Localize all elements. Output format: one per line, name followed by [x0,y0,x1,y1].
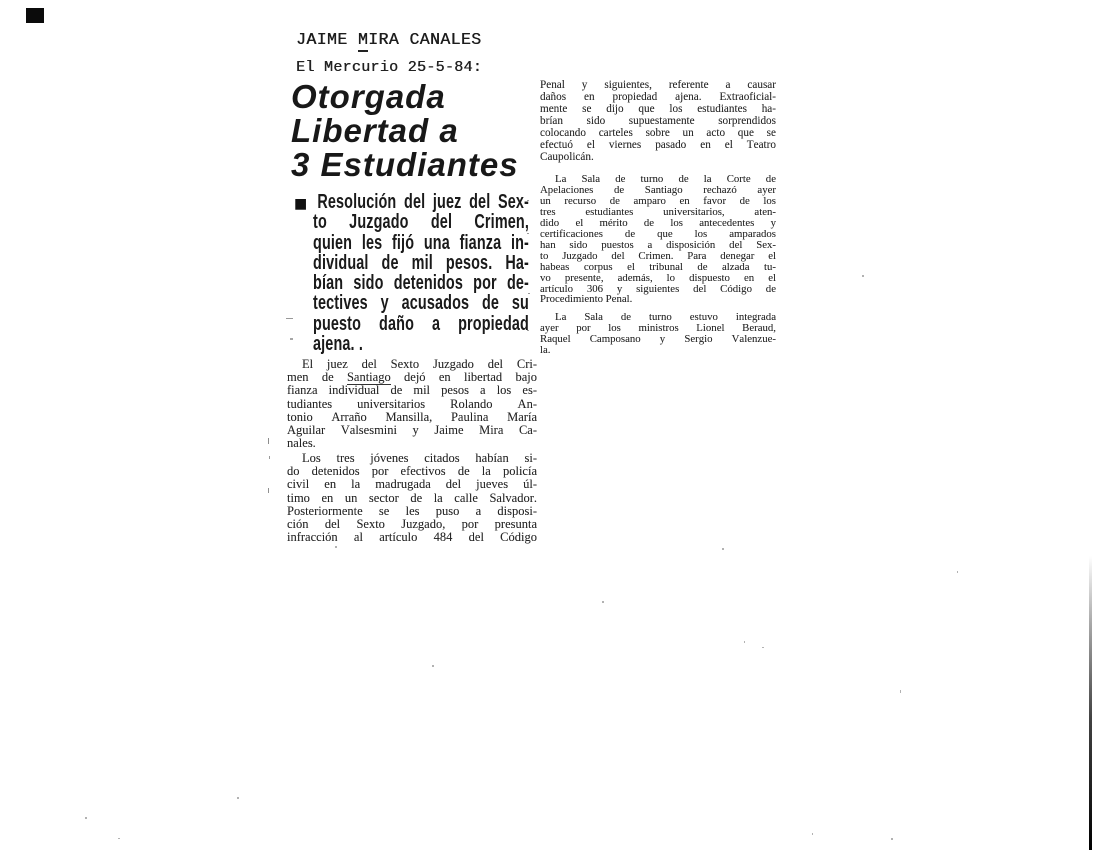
byline: JAIME MIRA CANALES [296,30,481,49]
lead-line: ajena. . [295,334,529,354]
body-line: daños en propiedad ajena. Extraoficial- [540,91,776,103]
byline-underlined-letter: M [358,30,368,52]
lead-line: Resolución del juez del Sex- [295,192,529,212]
scan-speck [528,293,530,294]
scan-speck [762,647,764,648]
lead-line: quien les fijó una fianza in- [295,233,529,253]
body-paragraph: La Sala de turno de la Corte de Apelacio… [540,174,776,305]
scan-speck [268,488,269,493]
scan-speck [527,330,529,331]
scan-speck [286,318,293,319]
body-paragraph: Los tres jóvenes citados habían si- do d… [287,452,537,544]
headline-line: 3 Estudiantes [291,148,519,182]
lead-line: to Juzgado del Crimen, [295,212,529,232]
scanned-newspaper-clipping: JAIME MIRA CANALES El Mercurio 25-5-84: … [0,0,1100,850]
body-line: Procedimiento Penal. [540,294,776,305]
body-line: timo en un sector de la calle Salvador. [287,492,537,505]
headline-line: Otorgada [291,80,519,114]
body-paragraph: El juez del Sexto Juzgado del Cri- men d… [287,358,537,450]
byline-text-pre: JAIME [296,30,358,49]
scan-speck [269,456,270,459]
body-line: la. [540,345,776,356]
body-paragraph: Penal y siguientes, referente a causar d… [540,79,776,163]
body-line: Penal y siguientes, referente a causar [540,79,776,91]
body-line: vo presente, además, lo dispuesto en el [540,273,776,284]
headline-line: Libertad a [291,114,519,148]
body-line: civil en la madrugada del jueves úl- [287,478,537,491]
body-text: dejó en libertad bajo [391,370,537,384]
lead-line: dividual de mil pesos. Ha- [295,253,529,273]
scan-speck [862,275,864,277]
lead-line: bían sido detenidos por de- [295,273,529,293]
scan-speck [118,838,120,839]
body-text: men de [287,370,347,384]
body-line: Raquel Camposano y Sergio Valenzue- [540,334,776,345]
scan-speck [900,690,901,693]
body-line: brían sido supuestamente sorprendidos [540,115,776,127]
body-line: tudiantes universitarios Rolando An- [287,398,537,411]
body-line: mente se dijo que los estudiantes ha- [540,103,776,115]
headline: Otorgada Libertad a 3 Estudiantes [291,80,519,182]
body-line: habeas corpus el tribunal de alzada tu- [540,262,776,273]
body-line: nales. [287,437,537,450]
body-line: to Juzgado del Crimen. Para denegar el [540,251,776,262]
scan-speck [602,601,604,603]
body-line: Aguilar Valsesmini y Jaime Mira Ca- [287,424,537,437]
body-line: colocando carteles sobre un acto que se [540,127,776,139]
body-line: efectuó el viernes pasado en el Teatro [540,139,776,151]
scan-edge-line [1089,556,1092,850]
scan-speck [527,200,529,201]
scan-speck [744,641,745,643]
scan-speck [891,838,893,840]
body-line: Caupolicán. [540,151,776,163]
scan-speck [722,548,724,550]
lead-line: tectives y acusados de su [295,293,529,313]
scan-speck [85,817,87,819]
scan-speck [335,546,337,548]
scan-speck [812,833,813,835]
scan-speck [432,665,434,667]
source-date-line: El Mercurio 25-5-84: [296,59,482,76]
lead-line: puesto daño a propiedad [295,314,529,334]
byline-text-post: IRA CANALES [368,30,481,49]
scan-speck [957,571,958,573]
scan-speck [527,233,529,234]
lead-paragraph: Resolución del juez del Sex- to Juzgado … [295,192,529,354]
body-paragraph: La Sala de turno estuvo integrada ayer p… [540,312,776,356]
body-line: infracción al artículo 484 del Código [287,531,537,544]
scan-speck [290,338,293,340]
scan-speck [237,797,239,799]
scan-corner-mark [26,8,44,23]
body-line: fianza individual de mil pesos a los es- [287,384,537,397]
scan-speck [268,438,269,444]
